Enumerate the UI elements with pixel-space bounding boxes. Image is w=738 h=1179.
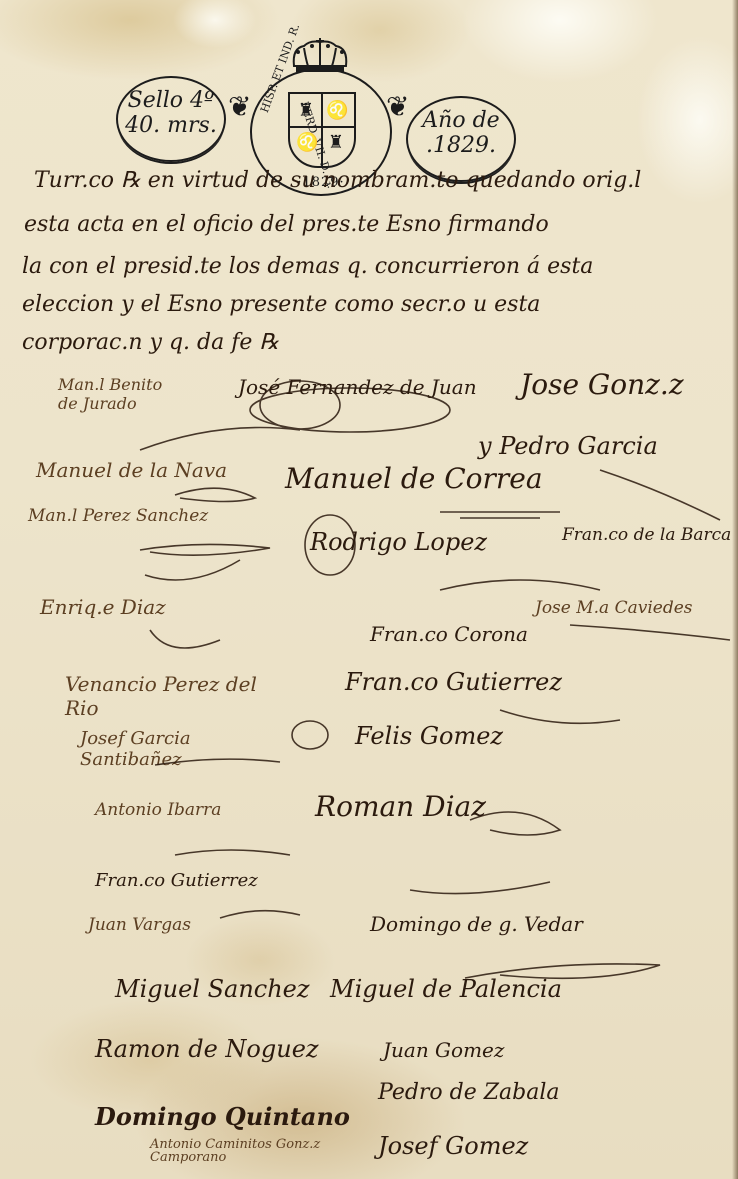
- rubric-flourishes: [0, 0, 738, 1179]
- document-page: Sello 4º 40. mrs. ❦ ❦ HISP. ET IND. R. F…: [0, 0, 738, 1179]
